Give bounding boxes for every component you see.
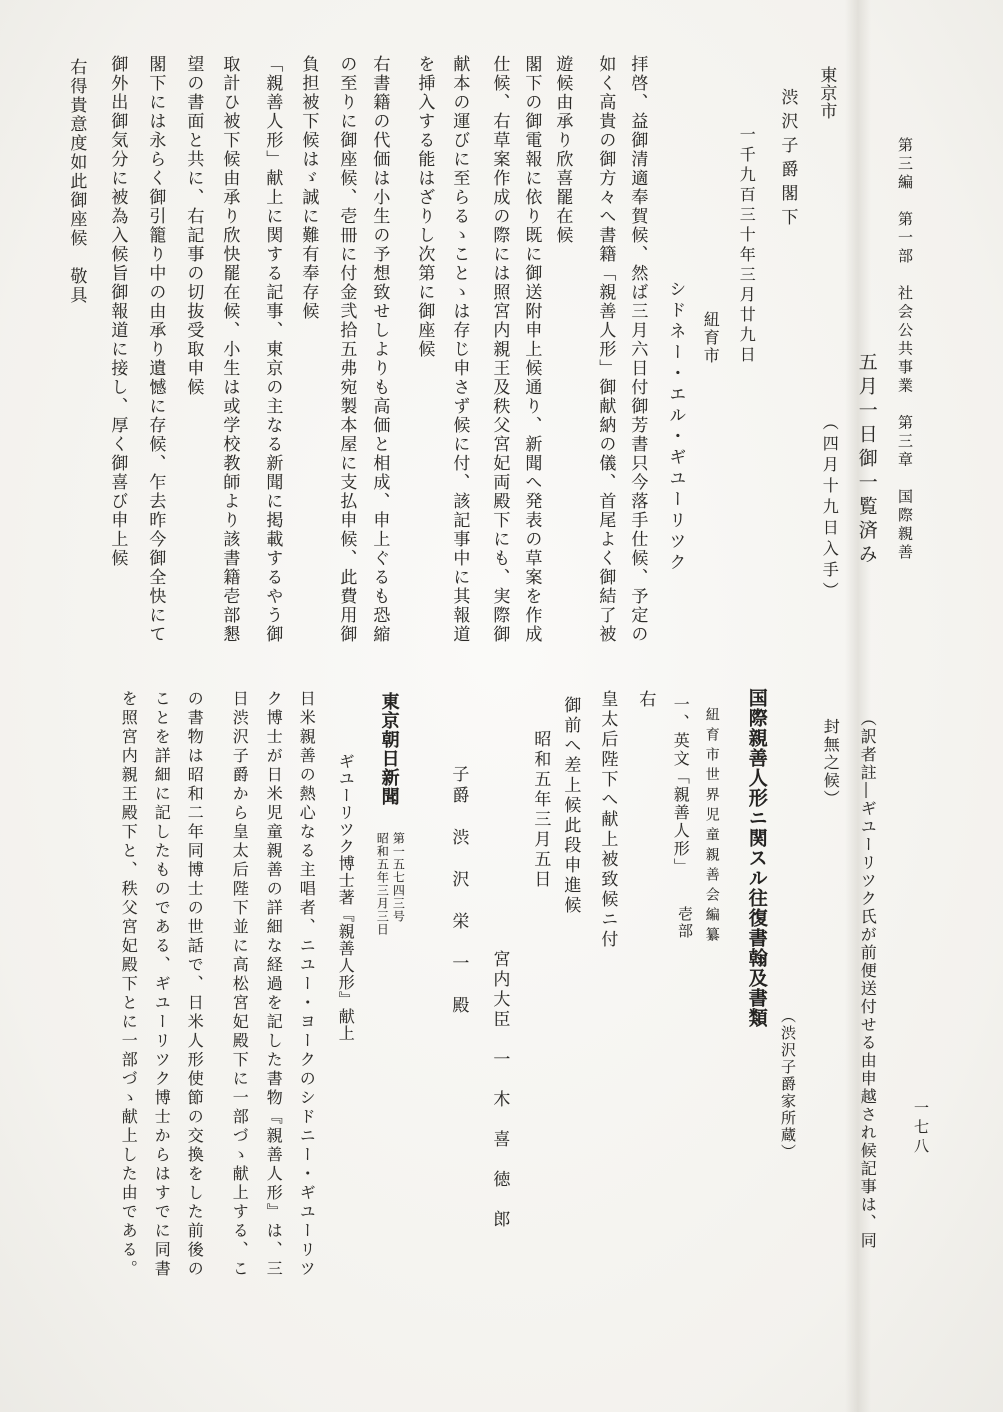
document-title-note: （渋沢子爵家所蔵） bbox=[779, 1008, 797, 1161]
newspaper-body-line: ク博士が日米児童親善の詳細な経過を記した書物『親善人形』は、三 bbox=[264, 690, 283, 1279]
letter-recipient-city: 東京市 bbox=[816, 66, 836, 120]
letter-body-line: 閣下には永らく御引籠り中の由承り遺憾に存候、乍去昨今御全快にて bbox=[145, 55, 165, 644]
letter-body-line: 「親善人形」献上に関する記事、東京の主なる新聞に掲載するやう御 bbox=[262, 55, 282, 644]
newspaper-body-line: ことを詳細に記したものである、ギユーリツク博士からはすでに同書 bbox=[152, 690, 171, 1279]
document-title: 国際親善人形ニ関スル往復書翰及書類 bbox=[745, 688, 768, 1028]
newspaper-issue: 第一五七四三号 bbox=[391, 832, 405, 923]
letter-date: 一千九百三十年三月廿九日 bbox=[737, 126, 756, 366]
letter-body-line: 遊候由承り欣喜罷在候 bbox=[552, 55, 572, 245]
document-item-line: 一、英文「親善人形」 bbox=[671, 696, 690, 876]
newspaper-headline: ギユーリツク博士著『親善人形』献上 bbox=[336, 753, 355, 1042]
letter-body-line: 拝啓、益御清適奉賀候、然ば三月六日付御芳書只今落手仕候、予定の bbox=[627, 55, 647, 644]
translator-note-line: 封無之候） bbox=[821, 718, 840, 808]
newspaper-body-line: を照宮内親王殿下と、秩父宮妃殿下とに一部づゝ献上した由である。 bbox=[119, 690, 138, 1279]
letter-body-line: 右書籍の代価は小生の予想致せしよりも高価と相成、申上ぐるも恐縮 bbox=[369, 55, 389, 644]
receipt-margin-note: （四月十九日入手） bbox=[820, 414, 839, 603]
document-line: 御前へ差上候此段申進候 bbox=[560, 696, 580, 916]
letter-closing-line: 右得貴意度如此御座候 敬具 bbox=[66, 58, 86, 305]
letter-body-line: 負担被下候はゞ誠に難有奉存候 bbox=[298, 55, 318, 321]
review-margin-note: 五月一日御一覧済み bbox=[855, 352, 878, 568]
translator-note-line: （訳者註―ギユーリツク氏が前便送付せる由申越され候記事は、同 bbox=[858, 710, 877, 1250]
document-compiler: 紐育市世界児童親善会編纂 bbox=[703, 707, 720, 947]
newspaper-name: 東京朝日新聞 bbox=[378, 692, 400, 806]
document-addressee: 子爵 渋 沢 栄 一 殿 bbox=[448, 765, 468, 1017]
letter-body-line: 御外出御気分に被為入候旨御報道に接し、厚く御喜び申上候 bbox=[107, 55, 127, 568]
letter-body-line: 取計ひ被下候由承り欣快罷在候、小生は或学校教師より該書籍壱部懇 bbox=[219, 55, 239, 644]
document-signer: 宮内大臣 一 木 喜 徳 郎 bbox=[489, 950, 509, 1230]
letter-body-line: を挿入する能はざりし次第に御座候 bbox=[414, 55, 434, 359]
chapter-header: 第三編 第一部 社会公共事業 第三章 国際親善 bbox=[896, 137, 914, 563]
letter-body-line: 望の書面と共に、右記事の切抜受取申候 bbox=[183, 55, 203, 397]
document-date: 昭和五年三月五日 bbox=[530, 730, 550, 890]
newspaper-date: 昭和五年三月三日 bbox=[375, 832, 389, 936]
document-item-count: 壱部 bbox=[676, 906, 694, 940]
document-migi-marker: 右 bbox=[635, 690, 655, 707]
letter-body-line: 閣下の御電報に依り既に御送附申上候通り、新聞へ発表の草案を作成 bbox=[521, 55, 541, 644]
letter-recipient: 渋沢子爵閣下 bbox=[777, 88, 797, 232]
newspaper-body-line: 日米親善の熱心なる主唱者、ニユー・ヨークのシドニー・ギユーリツ bbox=[297, 690, 316, 1279]
letter-sender-city: 紐育市 bbox=[701, 311, 720, 365]
letter-body-line: 如く高貴の御方々へ書籍「親善人形」御献納の儀、首尾よく御結了被 bbox=[595, 55, 615, 644]
letter-body-line: 仕候、右草案作成の際には照宮内親王及秩父宮妃両殿下にも、実際御 bbox=[489, 55, 509, 644]
letter-body-line: の至りに御座候、壱冊に付金弐拾五弗宛製本屋に支払申候、此費用御 bbox=[336, 55, 356, 644]
newspaper-body-line: 日渋沢子爵から皇太后陛下並に高松宮妃殿下に一部づゝ献上する、こ bbox=[230, 690, 249, 1279]
document-line: 皇太后陛下へ献上被致候ニ付 bbox=[597, 690, 617, 950]
page-number: 一七八 bbox=[912, 1100, 930, 1157]
letter-body-line: 献本の運びに至らるゝことゝは存じ申さず候に付、該記事中に其報道 bbox=[449, 55, 469, 644]
letter-sender: シドネー・エル・ギユーリツク bbox=[665, 280, 685, 574]
newspaper-body-line: の書物は昭和二年同博士の世話で、日米人形使節の交換をした前後の bbox=[185, 690, 204, 1279]
